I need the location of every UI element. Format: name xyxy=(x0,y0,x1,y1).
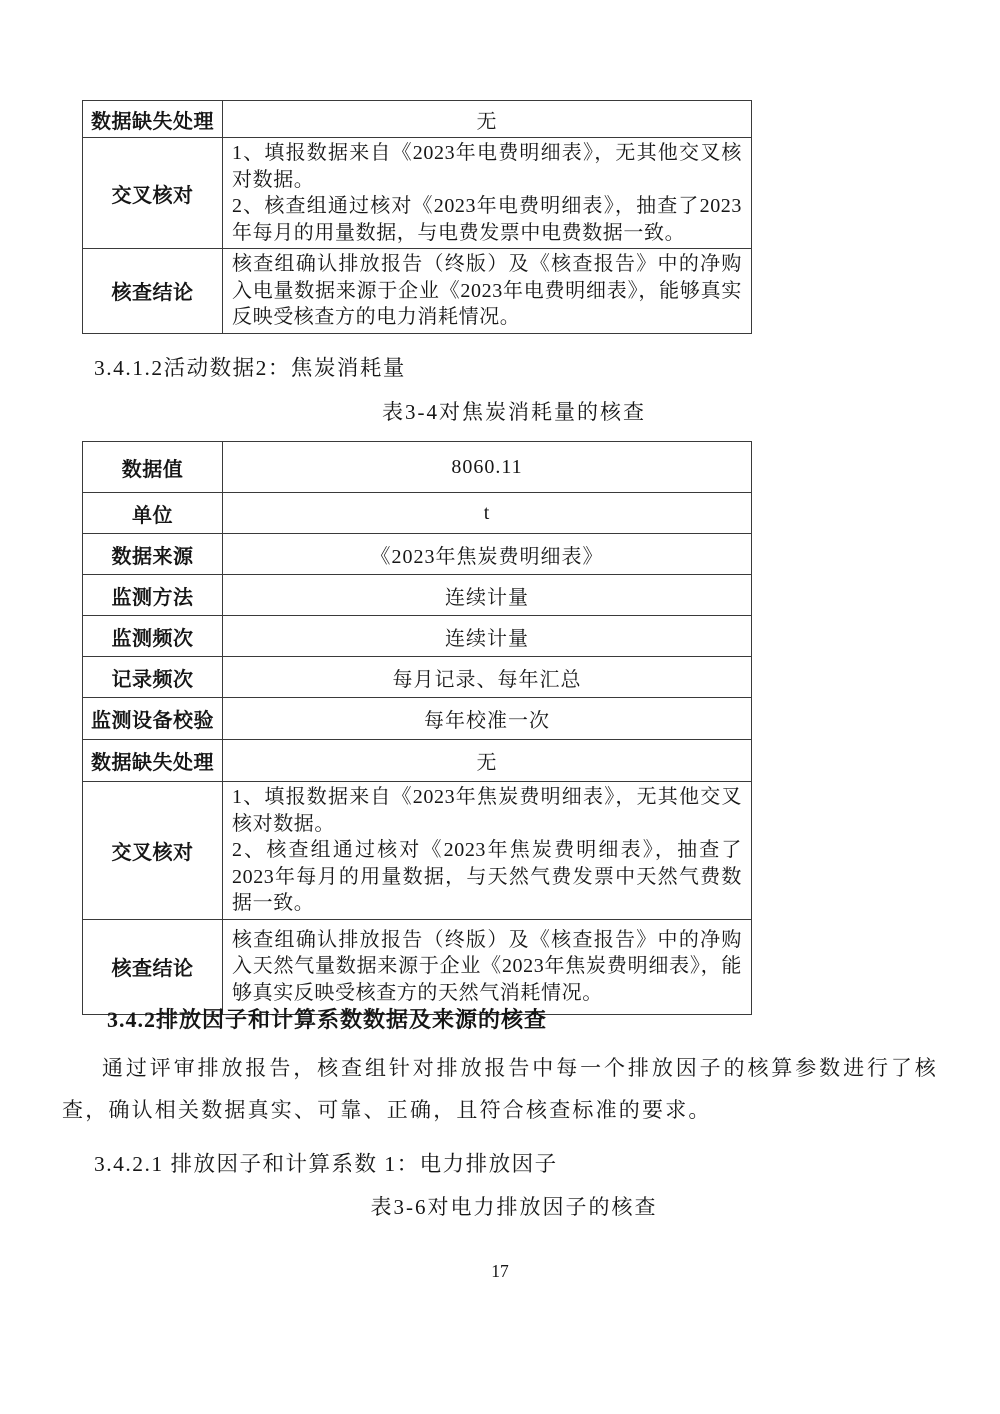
row-label: 交叉核对 xyxy=(83,138,223,249)
page-number: 17 xyxy=(0,1261,1000,1282)
row-label: 监测设备校验 xyxy=(83,698,223,740)
row-value: 无 xyxy=(223,740,752,782)
row-label: 监测方法 xyxy=(83,575,223,616)
row-label: 核查结论 xyxy=(83,249,223,334)
row-value: 核查组确认排放报告（终版）及《核查报告》中的净购入电量数据来源于企业《2023年… xyxy=(223,249,752,334)
row-label: 记录频次 xyxy=(83,657,223,698)
coke-consumption-table: 数据值 8060.11 单位 t 数据来源 《2023年焦炭费明细表》 监测方法… xyxy=(82,441,752,1015)
section-heading-3421: 3.4.2.1 排放因子和计算系数 1：电力排放因子 xyxy=(94,1147,558,1178)
row-label: 单位 xyxy=(83,493,223,534)
cross-check-item: 2、核查组通过核对《2023年电费明细表》，抽查了2023年每月的用量数据，与电… xyxy=(232,193,742,246)
row-label: 数据缺失处理 xyxy=(83,740,223,782)
table-row: 监测频次 连续计量 xyxy=(83,616,752,657)
row-value: 1、填报数据来自《2023年电费明细表》，无其他交叉核对数据。 2、核查组通过核… xyxy=(223,138,752,249)
table-row: 记录频次 每月记录、每年汇总 xyxy=(83,657,752,698)
row-value: 核查组确认排放报告（终版）及《核查报告》中的净购入天然气量数据来源于企业《202… xyxy=(223,919,752,1014)
row-value: t xyxy=(223,493,752,534)
table-3-4-caption: 表3-4对焦炭消耗量的核查 xyxy=(14,396,1000,426)
table-row: 数据缺失处理 无 xyxy=(83,740,752,782)
row-value: 8060.11 xyxy=(223,442,752,493)
table-row: 核查结论 核查组确认排放报告（终版）及《核查报告》中的净购入天然气量数据来源于企… xyxy=(83,919,752,1014)
section-heading-342: 3.4.2排放因子和计算系数数据及来源的核查 xyxy=(107,1003,547,1034)
table-row: 数据来源 《2023年焦炭费明细表》 xyxy=(83,534,752,575)
cross-check-item: 2、核查组通过核对《2023年焦炭费明细表》，抽查了2023年每月的用量数据，与… xyxy=(232,837,742,917)
table-row: 核查结论 核查组确认排放报告（终版）及《核查报告》中的净购入电量数据来源于企业《… xyxy=(83,249,752,334)
table-row: 监测方法 连续计量 xyxy=(83,575,752,616)
row-value: 连续计量 xyxy=(223,616,752,657)
section-342-paragraph: 通过评审排放报告，核查组针对排放报告中每一个排放因子的核算参数进行了核查，确认相… xyxy=(62,1047,938,1131)
row-label: 核查结论 xyxy=(83,919,223,1014)
row-value: 1、填报数据来自《2023年焦炭费明细表》，无其他交叉核对数据。 2、核查组通过… xyxy=(223,782,752,920)
row-value: 无 xyxy=(223,101,752,138)
table-row: 数据值 8060.11 xyxy=(83,442,752,493)
table-row: 数据缺失处理 无 xyxy=(83,101,752,138)
table-3-6-caption: 表3-6对电力排放因子的核查 xyxy=(14,1191,1000,1221)
row-value: 每年校准一次 xyxy=(223,698,752,740)
table-row: 单位 t xyxy=(83,493,752,534)
row-value: 《2023年焦炭费明细表》 xyxy=(223,534,752,575)
row-label: 数据缺失处理 xyxy=(83,101,223,138)
cross-check-item: 1、填报数据来自《2023年电费明细表》，无其他交叉核对数据。 xyxy=(232,140,742,193)
row-label: 监测频次 xyxy=(83,616,223,657)
row-value: 每月记录、每年汇总 xyxy=(223,657,752,698)
table-row: 交叉核对 1、填报数据来自《2023年焦炭费明细表》，无其他交叉核对数据。 2、… xyxy=(83,782,752,920)
row-label: 交叉核对 xyxy=(83,782,223,920)
row-label: 数据来源 xyxy=(83,534,223,575)
table-row: 监测设备校验 每年校准一次 xyxy=(83,698,752,740)
table-row: 交叉核对 1、填报数据来自《2023年电费明细表》，无其他交叉核对数据。 2、核… xyxy=(83,138,752,249)
document-page: 数据缺失处理 无 交叉核对 1、填报数据来自《2023年电费明细表》，无其他交叉… xyxy=(0,0,1000,1414)
row-label: 数据值 xyxy=(83,442,223,493)
electricity-verification-table: 数据缺失处理 无 交叉核对 1、填报数据来自《2023年电费明细表》，无其他交叉… xyxy=(82,100,752,334)
row-value: 连续计量 xyxy=(223,575,752,616)
section-heading-3412: 3.4.1.2活动数据2：焦炭消耗量 xyxy=(94,351,406,382)
cross-check-item: 1、填报数据来自《2023年焦炭费明细表》，无其他交叉核对数据。 xyxy=(232,784,742,837)
